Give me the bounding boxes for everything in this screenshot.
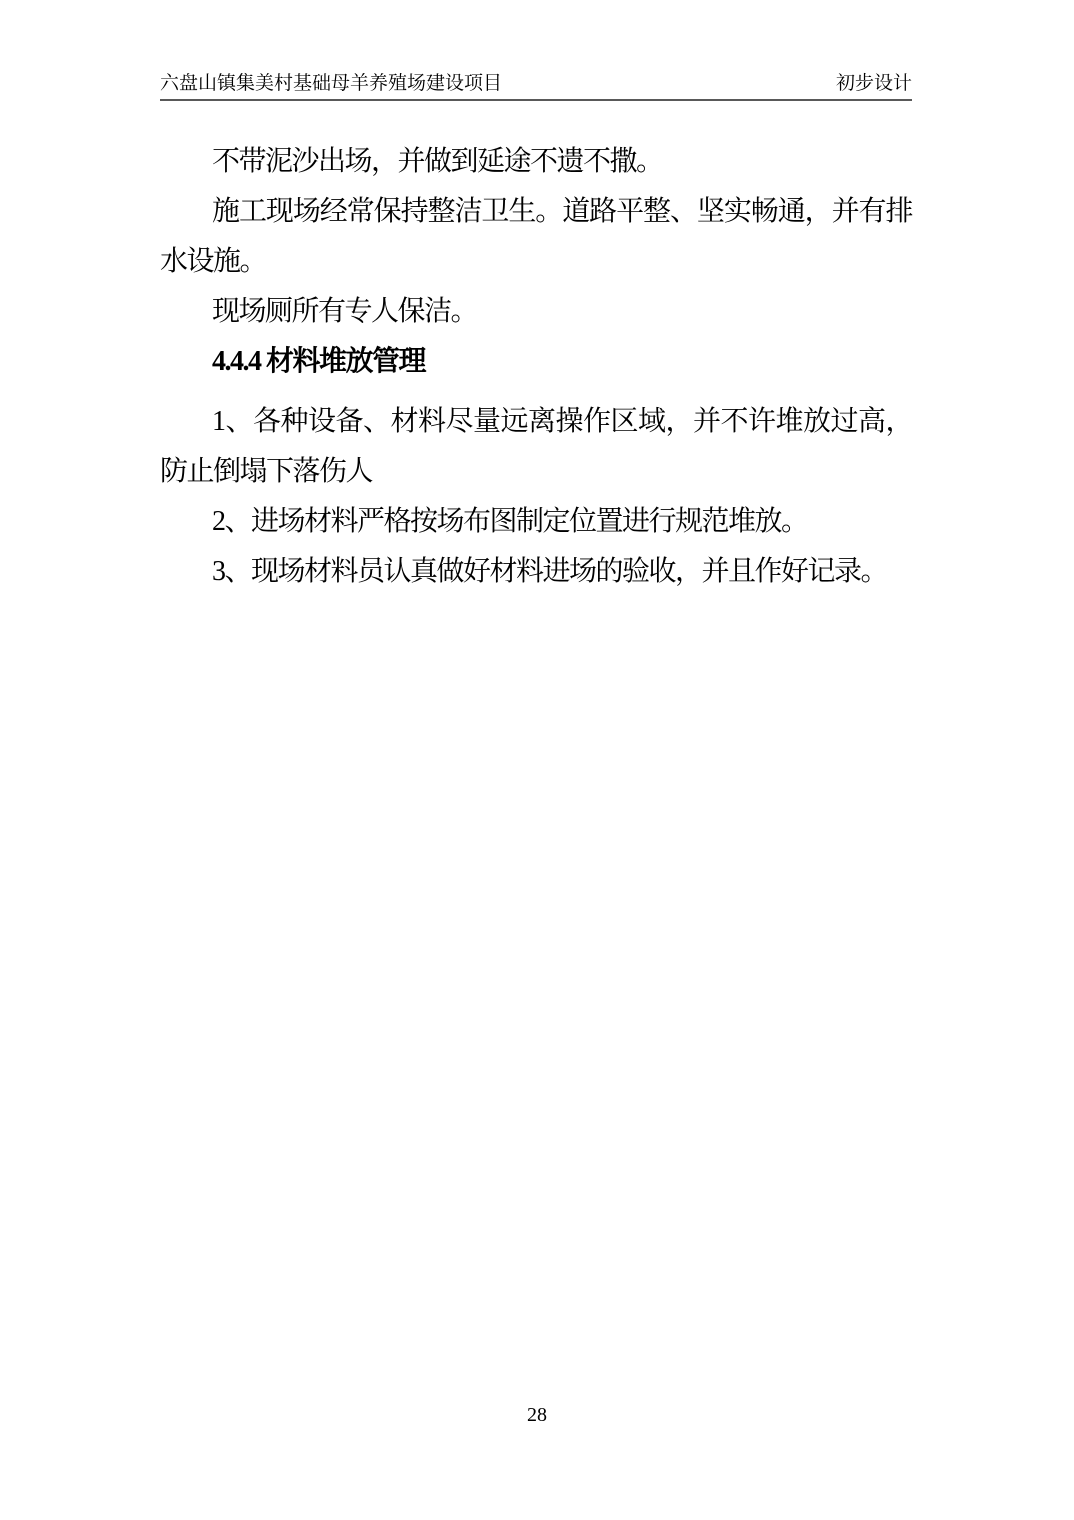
list-item: 1、各种设备、材料尽量远离操作区域，并不许堆放过高，防止倒塌下落伤人 xyxy=(160,397,912,497)
section-heading: 4.4.4 材料堆放管理 xyxy=(160,337,912,387)
header-project-title: 六盘山镇集美村基础母羊养殖场建设项目 xyxy=(160,68,502,99)
paragraph: 施工现场经常保持整洁卫生。道路平整、坚实畅通，并有排水设施。 xyxy=(160,187,912,287)
page-footer: 28 xyxy=(0,1403,1074,1427)
list-item: 2、进场材料严格按场布图制定位置进行规范堆放。 xyxy=(160,497,912,547)
document-body: 不带泥沙出场，并做到延途不遗不撒。 施工现场经常保持整洁卫生。道路平整、坚实畅通… xyxy=(160,137,912,597)
paragraph: 不带泥沙出场，并做到延途不遗不撒。 xyxy=(160,137,912,187)
paragraph: 现场厕所有专人保洁。 xyxy=(160,287,912,337)
page-number: 28 xyxy=(527,1404,547,1426)
list-item: 3、现场材料员认真做好材料进场的验收，并且作好记录。 xyxy=(160,547,912,597)
document-page: 六盘山镇集美村基础母羊养殖场建设项目 初步设计 不带泥沙出场，并做到延途不遗不撒… xyxy=(0,0,1074,1520)
page-header: 六盘山镇集美村基础母羊养殖场建设项目 初步设计 xyxy=(160,70,912,101)
header-doc-type: 初步设计 xyxy=(836,68,912,99)
